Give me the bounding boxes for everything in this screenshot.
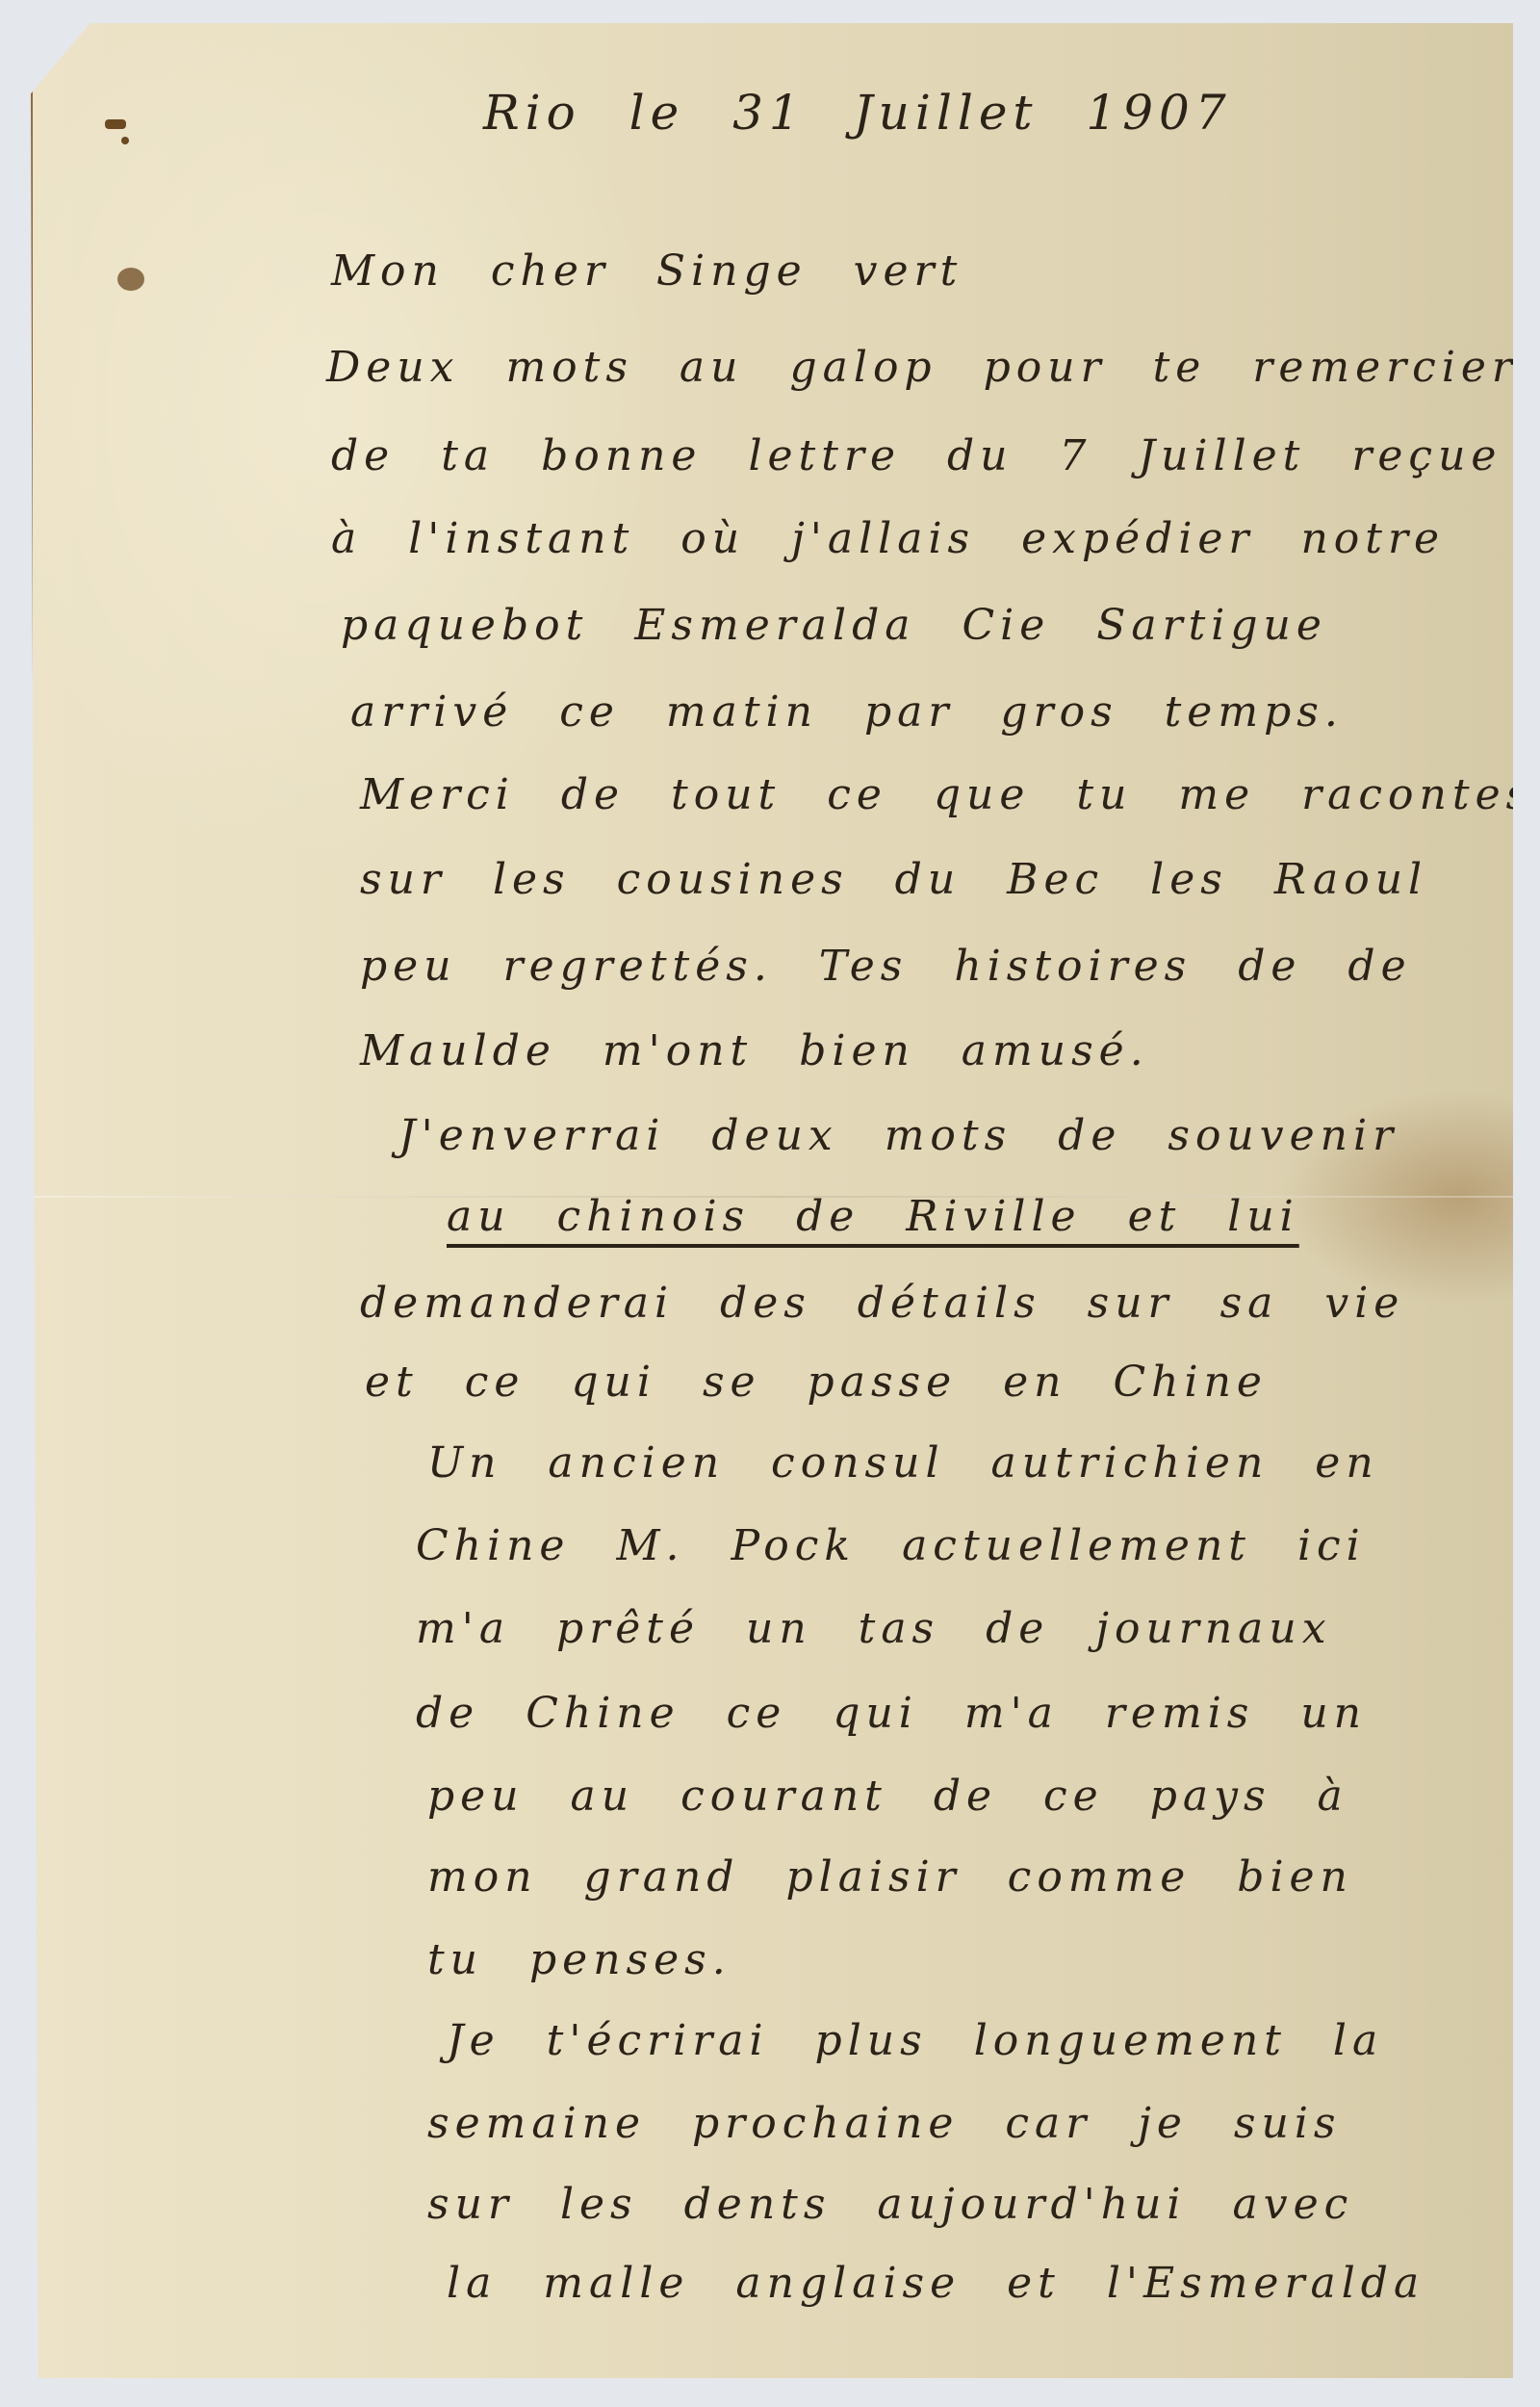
- date-line: Rio le 31 Juillet 1907: [483, 89, 1232, 137]
- letter-sheet: Rio le 31 Juillet 1907 Mon cher Singe ve…: [31, 23, 1513, 2378]
- body-line: sur les dents aujourd'hui avec: [427, 2184, 1353, 2226]
- body-line: Chine M. Pock actuellement ici: [416, 1525, 1366, 1567]
- body-line: Je t'écrirai plus longuement la: [447, 2020, 1383, 2062]
- body-line: m'a prêté un tas de journaux: [416, 1608, 1332, 1650]
- body-line: de Chine ce qui m'a remis un: [416, 1693, 1367, 1735]
- body-line: Merci de tout ce que tu me racontes: [360, 774, 1533, 816]
- body-line: la malle anglaise et l'Esmeralda: [447, 2263, 1424, 2305]
- body-line: Maulde m'ont bien amusé.: [360, 1030, 1149, 1073]
- ink-mark: [105, 119, 126, 129]
- body-line: peu au courant de ce pays à: [427, 1775, 1348, 1818]
- body-line-underlined: au chinois de Riville et lui: [447, 1196, 1299, 1238]
- body-line: Un ancien consul autrichien en: [427, 1442, 1379, 1485]
- body-line: mon grand plaisir comme bien: [427, 1856, 1353, 1899]
- body-line: J'enverrai deux mots de souvenir: [398, 1115, 1399, 1157]
- body-line: tu penses.: [427, 1939, 731, 1981]
- body-line: semaine prochaine car je suis: [427, 2103, 1341, 2145]
- body-line: peu regrettés. Tes histoires de de: [360, 945, 1412, 988]
- ink-mark: [121, 137, 129, 144]
- salutation: Mon cher Singe vert: [331, 250, 962, 293]
- body-line: demanderai des détails sur sa vie: [360, 1282, 1404, 1325]
- body-line: à l'instant où j'allais expédier notre: [331, 518, 1445, 560]
- punch-hole: [117, 268, 144, 291]
- body-line: sur les cousines du Bec les Raoul: [360, 859, 1427, 901]
- body-line: et ce qui se passe en Chine: [365, 1361, 1268, 1404]
- body-line: arrivé ce matin par gros temps.: [350, 691, 1344, 734]
- body-line: paquebot Esmeralda Cie Sartigue: [341, 605, 1327, 647]
- body-line: de ta bonne lettre du 7 Juillet reçue: [331, 435, 1501, 478]
- body-line: Deux mots au galop pour te remercier: [326, 347, 1518, 389]
